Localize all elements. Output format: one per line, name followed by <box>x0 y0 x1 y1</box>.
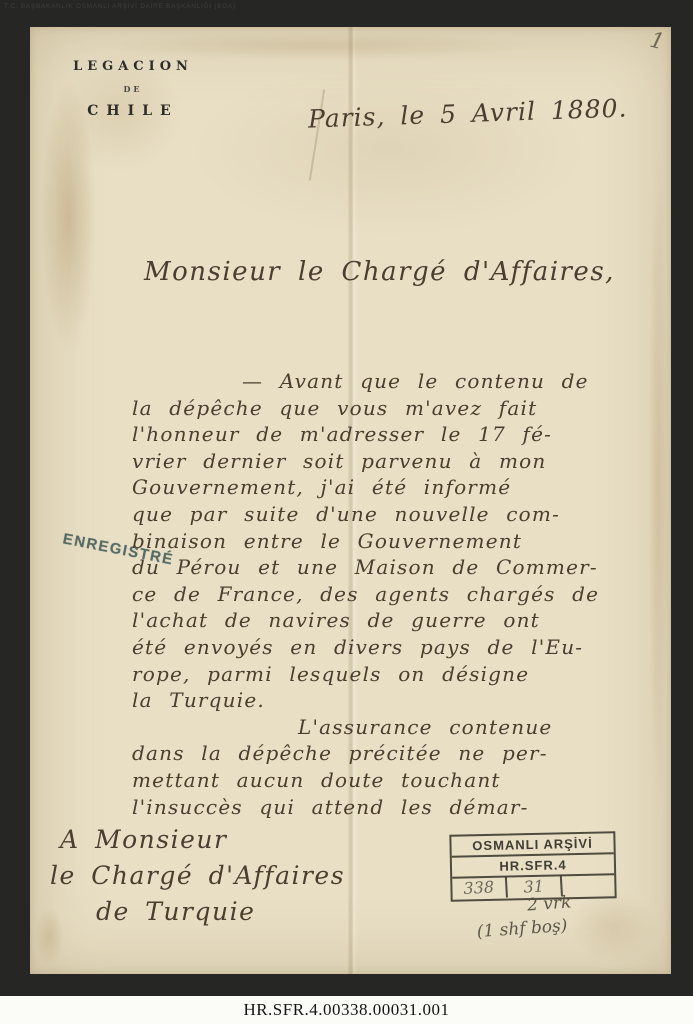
body-line: rope, parmi lesquels on désigne <box>132 661 599 688</box>
body-line: ce de France, des agents chargés de <box>132 581 599 608</box>
body-line: L'assurance contenue <box>132 714 599 741</box>
letter-body: — Avant que le contenu de la dépêche que… <box>132 368 599 820</box>
body-line: du Pérou et une Maison de Commer- <box>132 554 599 581</box>
body-line: l'insuccès qui attend les démar- <box>132 794 599 821</box>
letter-page: LEGACION DE CHILE 1 Paris, le 5 Avril 18… <box>30 27 671 974</box>
address-line: le Chargé d'Affaires <box>50 861 345 890</box>
body-line: — Avant que le contenu de <box>132 368 599 395</box>
letterhead: LEGACION DE CHILE <box>72 59 194 119</box>
caption-strip: HR.SFR.4.00338.00031.001 <box>0 996 693 1024</box>
body-line: Gouvernement, j'ai été informé <box>132 474 599 501</box>
osmanli-arsivi-stamp: OSMANLI ARŞİVİ HR.SFR.4 338 31 <box>449 831 616 901</box>
body-line: la Turquie. <box>132 687 599 714</box>
body-line: la dépêche que vous m'avez fait <box>132 395 599 422</box>
body-line: mettant aucun doute touchant <box>132 767 599 794</box>
archive-watermark: T.C. BAŞBAKANLIK OSMANLI ARŞİVİ DAİRE BA… <box>4 3 236 10</box>
salutation: Monsieur le Chargé d'Affaires, <box>144 257 615 287</box>
reference-number: HR.SFR.4.00338.00031.001 <box>243 1000 449 1020</box>
dateline: Paris, le 5 Avril 1880. <box>308 93 628 133</box>
letterhead-chile: CHILE <box>72 103 194 119</box>
body-line: l'achat de navires de guerre ont <box>132 607 599 634</box>
address-line: A Monsieur <box>60 825 227 854</box>
archivist-note-line: 2 vrk <box>526 891 572 917</box>
letterhead-de: DE <box>72 84 194 94</box>
address-line: de Turquie <box>96 897 255 926</box>
body-line: dans la dépêche précitée ne per- <box>132 740 599 767</box>
archivist-note-line: (1 shf boş) <box>476 914 574 944</box>
body-line: été envoyés en divers pays de l'Eu- <box>132 634 599 661</box>
body-line: vrier dernier soit parvenu à mon <box>132 448 599 475</box>
body-line: l'honneur de m'adresser le 17 fé- <box>132 421 599 448</box>
page-number: 1 <box>647 28 667 56</box>
letterhead-legacion: LEGACION <box>72 59 194 74</box>
archivist-note: 2 vrk (1 shf boş) <box>469 891 574 944</box>
body-line: binaison entre le Gouvernement <box>132 528 599 555</box>
body-line: que par suite d'une nouvelle com- <box>132 501 599 528</box>
